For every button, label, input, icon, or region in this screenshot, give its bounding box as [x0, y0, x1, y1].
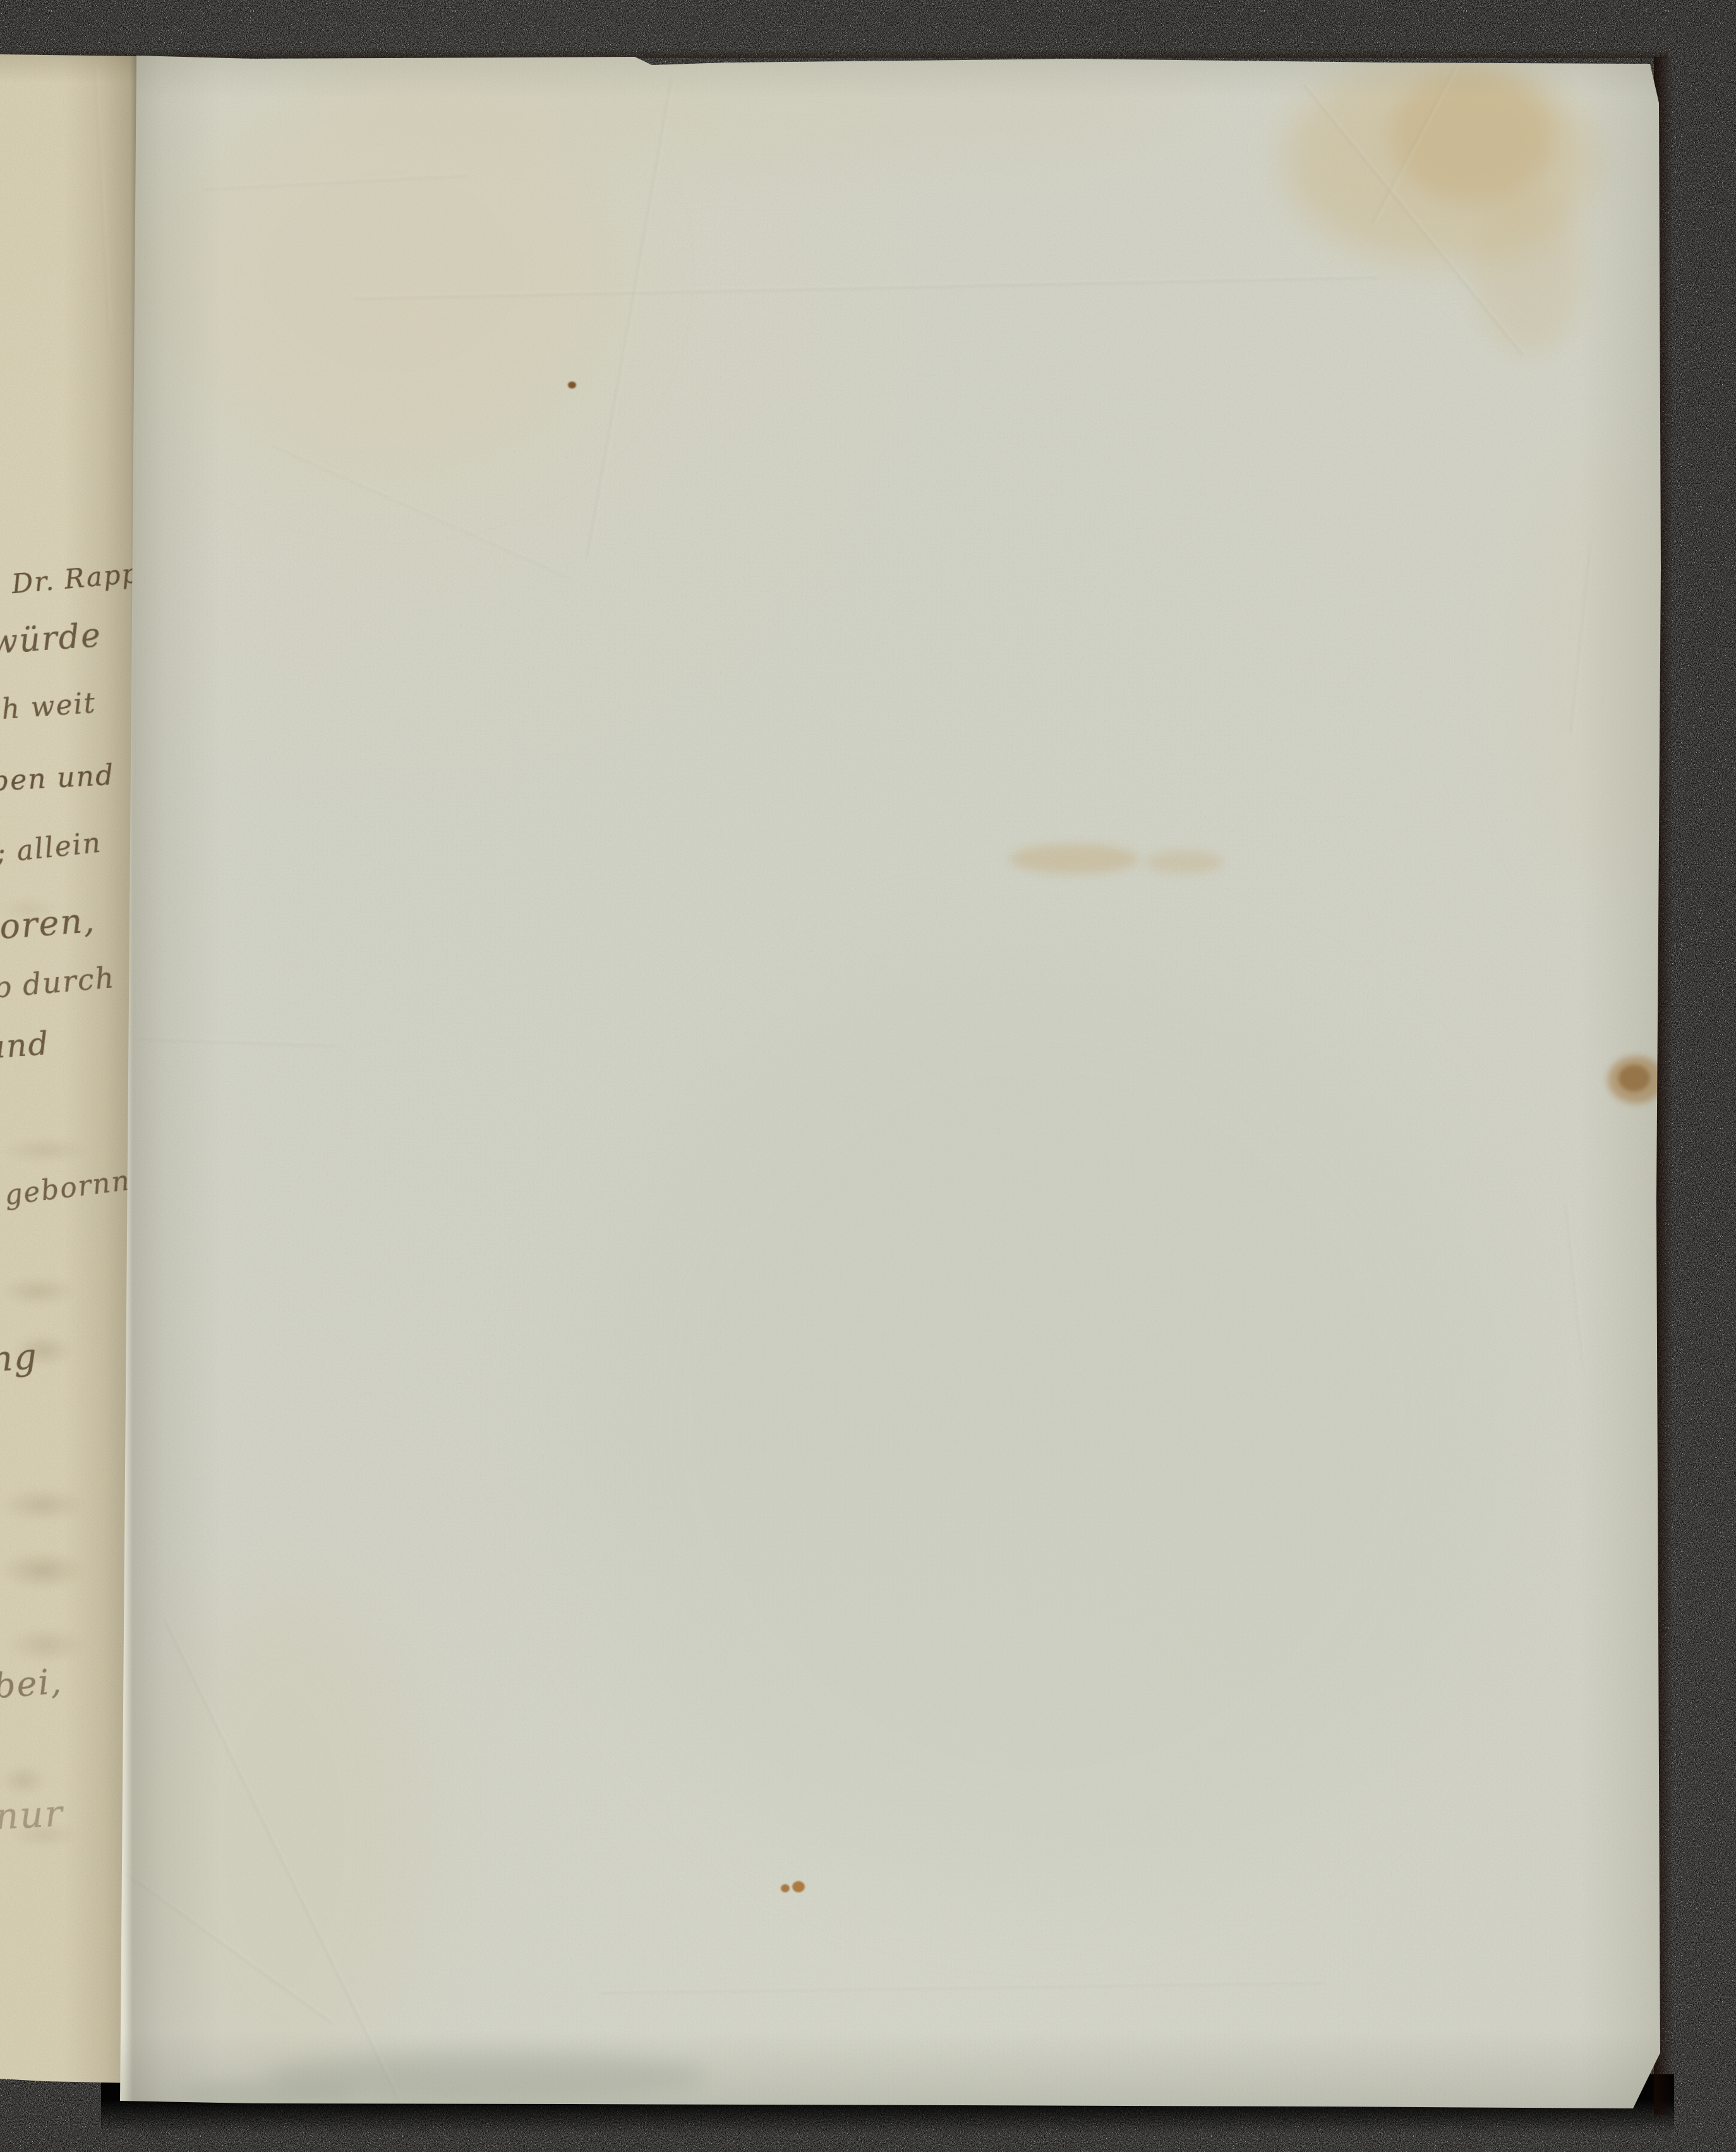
paper-stain [1145, 850, 1224, 874]
scan-stage: , Dr. Rappwürdech weitben und; alleinlor… [0, 0, 1736, 2152]
ink-smudge [0, 1488, 85, 1522]
paper-stain [568, 382, 576, 388]
blank-manuscript-page [0, 0, 1736, 2152]
ink-smudge [0, 1137, 88, 1163]
paper-stain [569, 947, 1516, 1895]
ink-smudge [0, 1765, 47, 1796]
handwriting-fragment: bei, [0, 1661, 64, 1705]
gutter-edge-highlight [120, 54, 221, 2103]
paper-stain [792, 1881, 805, 1892]
handwriting-fragment: ben und [0, 759, 115, 798]
paper-stain [781, 1884, 790, 1892]
ink-smudge [0, 1551, 85, 1590]
handwriting-fragment: loren, [0, 900, 97, 947]
page-right-shading [1579, 54, 1661, 2110]
paper-stain [1472, 189, 1586, 354]
paper-stain [1010, 844, 1139, 874]
page-bottom-shading [120, 2031, 1661, 2110]
ink-smudge [6, 1626, 85, 1663]
handwriting-fragment: nur [0, 1791, 64, 1838]
handwriting-fragment: ng [0, 1337, 39, 1380]
handwriting-fragment: würde [0, 616, 103, 662]
page-top-cast-shadow [0, 49, 1668, 58]
ink-smudge [0, 1276, 76, 1306]
paper-crease [600, 1980, 1327, 1994]
handwriting-fragment: und [0, 1025, 51, 1066]
